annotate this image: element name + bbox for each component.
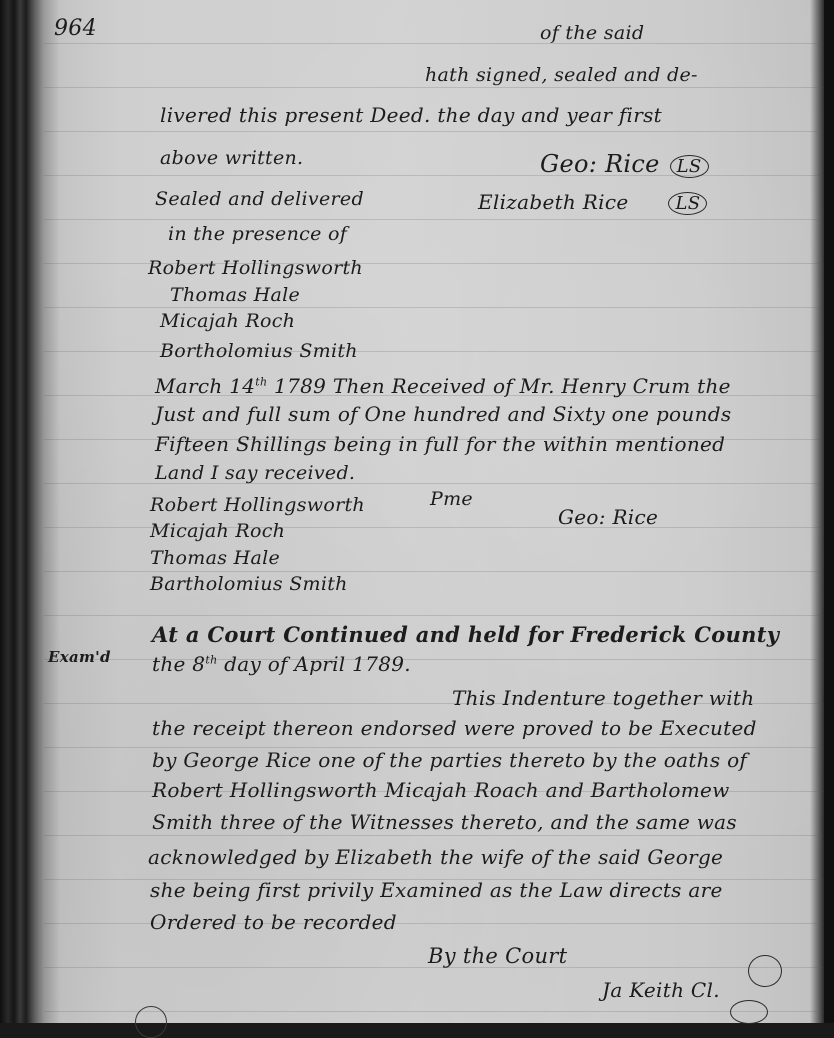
witness-heading-1: Sealed and delivered <box>155 188 364 210</box>
receipt-witness: Robert Hollingsworth <box>150 494 365 516</box>
deed-closing-line-4: above written. <box>160 147 303 169</box>
receipt-line-3: Fifteen Shillings being in full for the … <box>155 432 725 456</box>
clerk-signature: Ja Keith Cl. <box>602 978 720 1002</box>
court-heading-2: the 8th day of April 1789. <box>152 652 411 676</box>
witness-heading-2: in the presence of <box>168 223 347 245</box>
page-number: 964 <box>54 16 97 41</box>
court-date-day: the 8 <box>152 652 205 676</box>
court-body-line: acknowledged by Elizabeth the wife of th… <box>148 845 723 869</box>
deed-closing-line-1: of the said <box>540 22 644 44</box>
court-attestation: By the Court <box>428 944 567 968</box>
receipt-per-me: Pme <box>430 488 473 510</box>
document-page: 964 of the said hath signed, sealed and … <box>0 0 834 1023</box>
receipt-witness: Thomas Hale <box>150 547 280 569</box>
receipt-witness: Micajah Roch <box>150 520 285 542</box>
court-body-line: by George Rice one of the parties theret… <box>152 748 747 772</box>
signature-flourish <box>748 955 782 987</box>
court-body-line: Robert Hollingsworth Micajah Roach and B… <box>152 778 730 802</box>
seal-mark: LS <box>668 192 707 215</box>
witness-name: Thomas Hale <box>170 284 300 306</box>
grantor-signature-2: Elizabeth RiceLS <box>478 190 707 215</box>
signature-flourish <box>730 1000 768 1023</box>
witness-name: Micajah Roch <box>160 310 295 332</box>
receipt-line-2: Just and full sum of One hundred and Six… <box>155 402 731 426</box>
margin-note-examined: Exam'd <box>48 648 111 666</box>
receipt-signer: Geo: Rice <box>558 505 658 529</box>
court-body-line: Smith three of the Witnesses thereto, an… <box>152 810 737 834</box>
deed-closing-line-3: livered this present Deed. the day and y… <box>160 103 662 127</box>
receipt-line-4: Land I say received. <box>155 462 355 484</box>
receipt-date-suffix: th <box>255 375 267 388</box>
deed-closing-line-2: hath signed, sealed and de- <box>425 64 698 86</box>
court-body-line: Ordered to be recorded <box>150 910 397 934</box>
signature-name: Geo: Rice <box>540 150 660 178</box>
receipt-text: Then Received of Mr. Henry Crum the <box>333 374 731 398</box>
receipt-date-month: March 14 <box>155 374 255 398</box>
seal-mark: LS <box>670 155 709 178</box>
grantor-signature-1: Geo: RiceLS <box>540 150 709 178</box>
witness-name: Robert Hollingsworth <box>148 257 363 279</box>
receipt-witness: Bartholomius Smith <box>150 573 348 595</box>
receipt-line-1: March 14th 1789 Then Received of Mr. Hen… <box>155 374 731 398</box>
court-heading-1: At a Court Continued and held for Freder… <box>152 622 779 647</box>
court-date-suffix: th <box>205 653 217 666</box>
court-date-rest: day of April 1789. <box>224 652 411 676</box>
signature-name: Elizabeth Rice <box>478 190 628 214</box>
witness-name: Bortholomius Smith <box>160 340 358 362</box>
page-edge <box>824 0 834 1023</box>
court-body-line: This Indenture together with <box>452 686 754 710</box>
court-body-line: she being first privily Examined as the … <box>150 878 723 902</box>
receipt-date-year: 1789 <box>274 374 326 398</box>
court-body-line: the receipt thereon endorsed were proved… <box>152 716 757 740</box>
